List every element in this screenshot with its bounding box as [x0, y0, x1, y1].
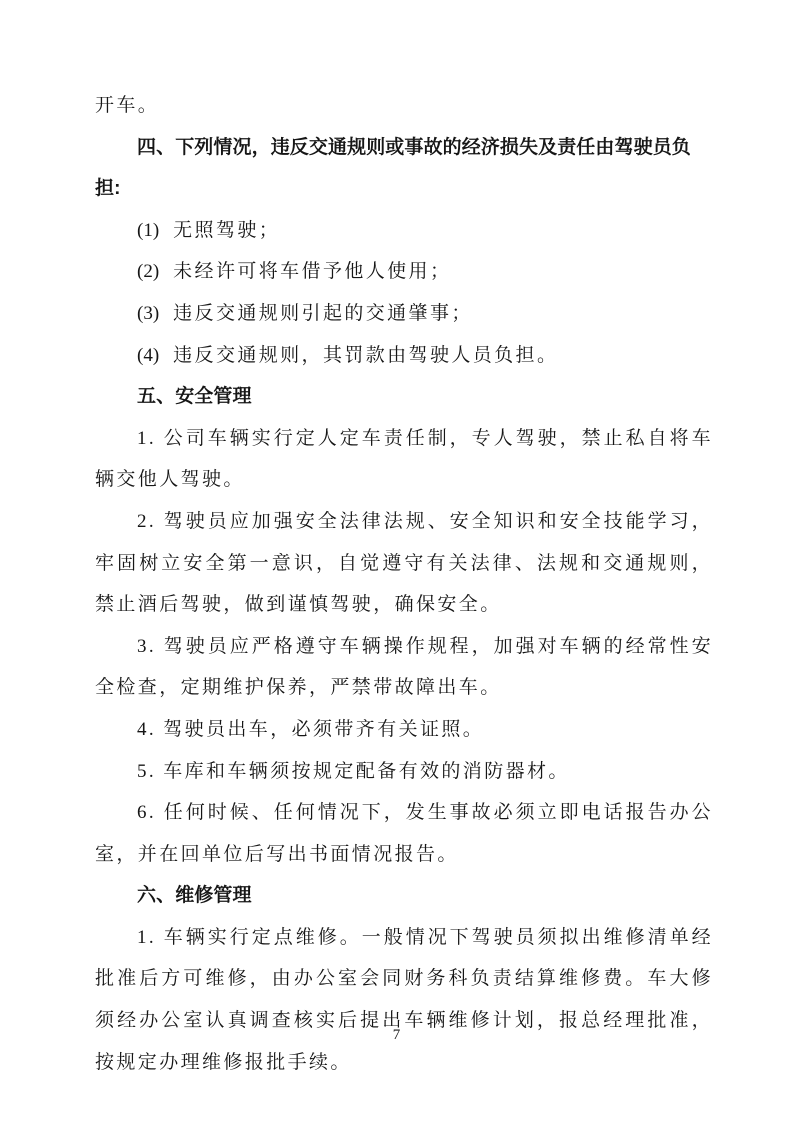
- list-item-number: (3): [137, 303, 159, 324]
- document-body: 开车。四、下列情况，违反交通规则或事故的经济损失及责任由驾驶员负担:(1)无照驾…: [95, 85, 713, 1083]
- list-item: (1)无照驾驶；: [95, 210, 713, 252]
- list-item: (3)违反交通规则引起的交通肇事；: [95, 293, 713, 335]
- list-item-text: 违反交通规则，其罚款由驾驶人员负担。: [173, 345, 558, 366]
- continuation-line: 开车。: [95, 85, 713, 127]
- list-item-text: 未经许可将车借予他人使用；: [173, 261, 451, 282]
- list-item-text: 无照驾驶；: [173, 220, 280, 241]
- section-heading: 五、安全管理: [95, 376, 713, 418]
- paragraph: 5. 车库和车辆须按规定配备有效的消防器材。: [95, 751, 713, 793]
- list-item-number: (1): [137, 220, 159, 241]
- section-heading: 四、下列情况，违反交通规则或事故的经济损失及责任由驾驶员负担:: [95, 127, 713, 210]
- paragraph: 2. 驾驶员应加强安全法律法规、安全知识和安全技能学习，牢固树立安全第一意识，自…: [95, 501, 713, 626]
- list-item-number: (2): [137, 261, 159, 282]
- list-item: (2)未经许可将车借予他人使用；: [95, 251, 713, 293]
- document-page: 开车。四、下列情况，违反交通规则或事故的经济损失及责任由驾驶员负担:(1)无照驾…: [0, 0, 793, 1122]
- paragraph: 1. 公司车辆实行定人定车责任制，专人驾驶，禁止私自将车辆交他人驾驶。: [95, 418, 713, 501]
- paragraph: 4. 驾驶员出车，必须带齐有关证照。: [95, 709, 713, 751]
- paragraph: 3. 驾驶员应严格遵守车辆操作规程，加强对车辆的经常性安全检查，定期维护保养，严…: [95, 626, 713, 709]
- paragraph: 1. 车辆实行定点维修。一般情况下驾驶员须拟出维修清单经批准后方可维修，由办公室…: [95, 917, 713, 1083]
- page-number: 7: [0, 1024, 793, 1046]
- list-item: (4)违反交通规则，其罚款由驾驶人员负担。: [95, 335, 713, 377]
- paragraph: 6. 任何时候、任何情况下，发生事故必须立即电话报告办公室，并在回单位后写出书面…: [95, 792, 713, 875]
- list-item-number: (4): [137, 345, 159, 366]
- section-heading: 六、维修管理: [95, 875, 713, 917]
- list-item-text: 违反交通规则引起的交通肇事；: [173, 303, 473, 324]
